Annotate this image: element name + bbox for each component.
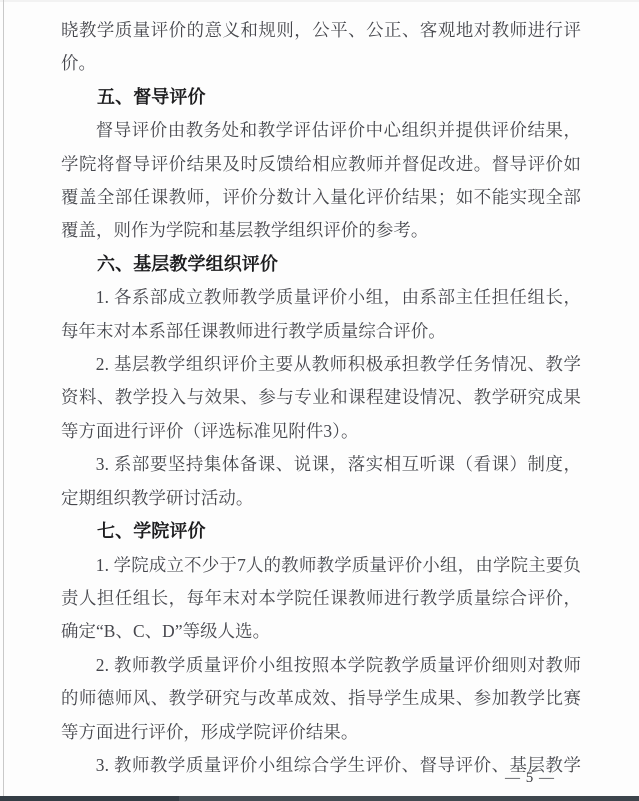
- section-heading: 五、督导评价: [61, 81, 581, 114]
- document-paragraph: 3. 教师教学质量评价小组综合学生评价、督导评价、基层教学: [61, 749, 581, 782]
- scan-top-edge: [0, 0, 639, 2]
- scan-left-edge: [3, 0, 4, 801]
- document-paragraph: 2. 基层教学组织评价主要从教师积极承担教学任务情况、教学资料、教学投入与效果、…: [61, 348, 581, 448]
- document-paragraph: 晓教学质量评价的意义和规则，公平、公正、客观地对教师进行评价。: [61, 14, 581, 81]
- document-paragraph: 3. 系部要坚持集体备课、说课，落实相互听课（看课）制度，定期组织教学研讨活动。: [61, 448, 581, 515]
- page-number: — 5 —: [505, 770, 555, 787]
- scan-bottom-edge: [0, 796, 639, 801]
- document-page: 晓教学质量评价的意义和规则，公平、公正、客观地对教师进行评价。五、督导评价督导评…: [0, 0, 639, 801]
- document-body: 晓教学质量评价的意义和规则，公平、公正、客观地对教师进行评价。五、督导评价督导评…: [61, 14, 581, 782]
- section-heading: 七、学院评价: [61, 515, 581, 548]
- document-paragraph: 督导评价由教务处和教学评估评价中心组织并提供评价结果，学院将督导评价结果及时反馈…: [61, 114, 581, 248]
- document-paragraph: 2. 教师教学质量评价小组按照本学院教学质量评价细则对教师的师德师风、教学研究与…: [61, 649, 581, 749]
- section-heading: 六、基层教学组织评价: [61, 248, 581, 281]
- document-paragraph: 1. 学院成立不少于7人的教师教学质量评价小组，由学院主要负责人担任组长，每年末…: [61, 549, 581, 649]
- document-paragraph: 1. 各系部成立教师教学质量评价小组，由系部主任担任组长，每年末对本系部任课教师…: [61, 281, 581, 348]
